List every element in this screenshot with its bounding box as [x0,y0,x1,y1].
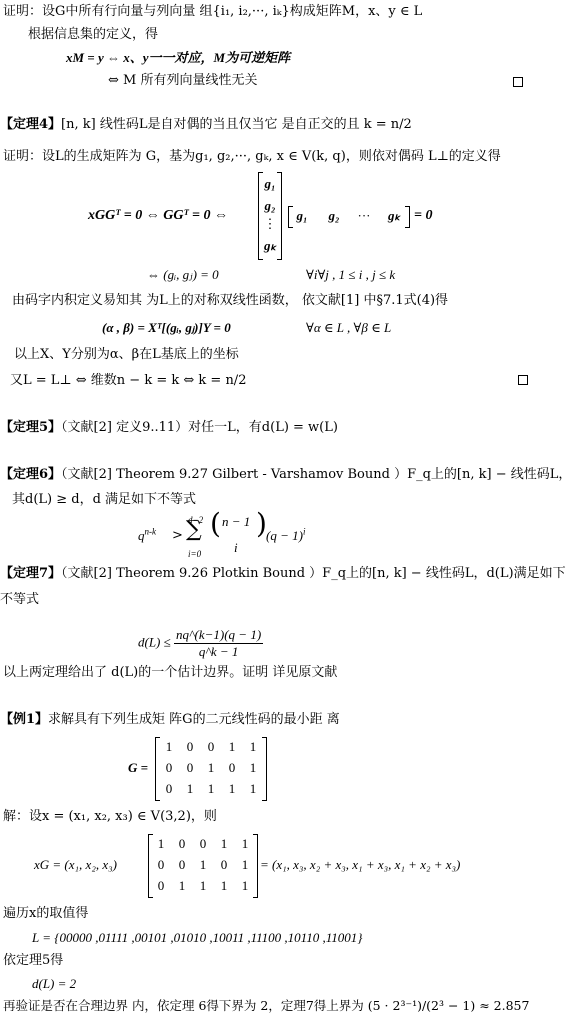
theorem4-final: 又L = L⊥ ⇔ 维数n − k = k ⇔ k = n/2 [10,373,246,389]
matrix-cell: 1 [214,836,234,852]
col-g2: g₂ [260,198,280,214]
matrix-cell: 0 [151,878,171,894]
binom-left-paren: ( [210,516,221,532]
solution-line1: 解：设x = (x₁, x₂, x₃) ∈ V(3,2)，则 [3,809,217,825]
binom-top: n − 1 [222,514,250,530]
matrix-cell: 0 [172,836,192,852]
theorem4-eq2: ⇔ (gᵢ, gⱼ) = 0 [147,267,219,283]
matrix-cell: 0 [222,760,242,776]
matrix-cell: 1 [201,760,221,776]
theorem6-title: 【定理6】 [0,467,61,482]
proof-intro-line1: 证明：设G中所有行向量与列向量 组{i₁, i₂,···, iₖ}构成矩阵M，x… [3,4,422,20]
matrix-cell: 1 [159,739,179,755]
matrix-cell: 0 [214,857,234,873]
theorem4-coords: 以上X、Y分别为α、β在L基底上的坐标 [14,347,239,363]
matrix-cell: 1 [180,781,200,797]
matrix-cell: 1 [193,857,213,873]
theorem4-title: 【定理4】 [0,117,61,132]
matrix-cell: 1 [201,781,221,797]
theorem4-heading: 【定理4】[n, k] 线性码L是自对偶的当且仅当它 是自正交的且 k = n/… [0,117,412,133]
theorem7-title: 【定理7】 [0,566,61,581]
row-g2: g₂ [324,208,344,224]
theorem4-eq3: (α , β) = Xᵀ[(gᵢ, gⱼ)]Y = 0 [102,320,231,336]
theorem4-eq3-cond: ∀α ∈ L , ∀β ∈ L [306,320,391,336]
matrix-cell: 0 [159,781,179,797]
qed-box [513,77,523,87]
matrix-cell: 0 [180,760,200,776]
theorem4-statement: [n, k] 线性码L是自对偶的当且仅当它 是自正交的且 k = n/2 [61,117,412,132]
xg-right: = (x₁, x₃, x₂ + x₃, x₁ + x₃, x₁ + x₂ + x… [260,857,460,873]
plotkin-denominator: q^k − 1 [174,644,263,660]
matrix-cell: 1 [235,857,255,873]
theorem4-eq1-right: = 0 [414,208,432,224]
example1-statement: 求解具有下列生成矩 阵G的二元线性码的最小距 离 [48,712,340,727]
matrix-g-copy: 1 0 0 1 1 0 0 1 0 1 0 1 1 1 1 [148,834,258,898]
theorem7-statement: （文献[2] Theorem 9.26 Plotkin Bound ）F_q上的… [61,566,566,581]
matrix-cell: 1 [151,836,171,852]
matrix-cell: 0 [151,857,171,873]
col-g1: g₁ [260,176,280,192]
matrix-cell: 1 [235,836,255,852]
binom-bottom: i [234,540,238,556]
theorem4-bilinear: 由码字内积定义易知其 为L上的对称双线性函数， 依文献[1] 中§7.1式(4)… [12,293,448,309]
distance-result: d(L) = 2 [32,976,76,992]
proof-intro-line4: ⇔ M 所有列向量线性无关 [108,73,257,89]
matrix-cell: 1 [243,760,263,776]
matrix-cell: 0 [159,760,179,776]
example1-title: 【例1】 [0,712,48,727]
theorem6-line2: 其d(L) ≥ d，d 满足如下不等式 [12,492,196,508]
row-gk: gₖ [384,208,404,224]
plotkin-inequality: d(L) ≤ nq^(k−1)(q − 1) q^k − 1 [138,627,263,660]
theorem4-eq1-left: xGGᵀ = 0 ⇔ GGᵀ = 0 ⇔ [88,208,228,224]
matrix-cell: 1 [214,878,234,894]
theorem6-heading: 【定理6】（文献[2] Theorem 9.27 Gilbert - Varsh… [0,467,571,483]
matrix-cell: 0 [201,739,221,755]
theorem7-line2: 不等式 [0,592,39,608]
matrix-cell: 1 [243,781,263,797]
qed-box [518,375,528,385]
gv-right: (q − 1)i [266,528,305,544]
traverse-line: 遍历x的取值得 [3,906,88,922]
matrix-cell: 1 [222,739,242,755]
xg-left: xG = (x₁, x₂, x₃) [34,857,117,873]
row-cdots: ··· [354,208,374,224]
sum-icon: ∑ [186,522,202,538]
plotkin-fraction: nq^(k−1)(q − 1) q^k − 1 [174,627,263,660]
theorem7-heading: 【定理7】（文献[2] Theorem 9.26 Plotkin Bound ）… [0,566,566,582]
matrix-cell: 0 [180,739,200,755]
row-vector-g: g₁ g₂ ··· gₖ [288,206,410,228]
plotkin-left: d(L) ≤ [138,634,171,649]
proof-intro-line2: 根据信息集的定义，得 [28,27,158,43]
verify-line: 再验证是否在合理边界 内，依定理 6得下界为 2，定理7得上界为 (5 · 2³… [3,998,529,1014]
theorem6-statement: （文献[2] Theorem 9.27 Gilbert - Varshamov … [61,467,571,482]
matrix-g: 1 0 0 1 1 0 0 1 0 1 0 1 1 1 1 [155,737,267,801]
gv-q: qn-k [138,528,156,544]
theorem4-eq2-cond: ∀i∀j , 1 ≤ i , j ≤ k [306,267,395,283]
col-vdots: ⋮ [260,216,280,232]
gv-op: > [172,528,183,544]
col-gk: gₖ [260,238,280,254]
matrix-cell: 0 [193,836,213,852]
theorem5-title: 【定理5】 [0,420,61,435]
example1-heading: 【例1】求解具有下列生成矩 阵G的二元线性码的最小距 离 [0,712,340,728]
theorem4-proof-line1: 证明：设L的生成矩阵为 G，基为g₁, g₂,···, gₖ, x ∈ V(k,… [3,149,501,165]
plotkin-numerator: nq^(k−1)(q − 1) [174,627,263,644]
column-vector-g: g₁ g₂ ⋮ gₖ [258,172,282,260]
proof-intro-line3: xM = y ⇔ x、y一一对应，M为可逆矩阵 [66,50,290,66]
theorem5-heading: 【定理5】（文献[2] 定义9..11）对任一L，有d(L) = w(L) [0,420,338,436]
matrix-cell: 1 [222,781,242,797]
row-g1: g₁ [292,208,312,224]
matrix-cell: 1 [193,878,213,894]
matrix-cell: 0 [172,857,192,873]
matrix-cell: 1 [243,739,263,755]
matrix-cell: 1 [172,878,192,894]
by-theorem5: 依定理5得 [3,953,63,969]
codeset: L = {00000 ,01111 ,00101 ,01010 ,10011 ,… [32,930,362,946]
matrix-g-label: G = [128,760,148,776]
matrix-cell: 1 [235,878,255,894]
sum-lower: i=0 [188,546,201,562]
theorem5-statement: （文献[2] 定义9..11）对任一L，有d(L) = w(L) [61,420,338,435]
theorem7-summary: 以上两定理给出了 d(L)的一个估计边界。证明 详见原文献 [3,665,337,681]
